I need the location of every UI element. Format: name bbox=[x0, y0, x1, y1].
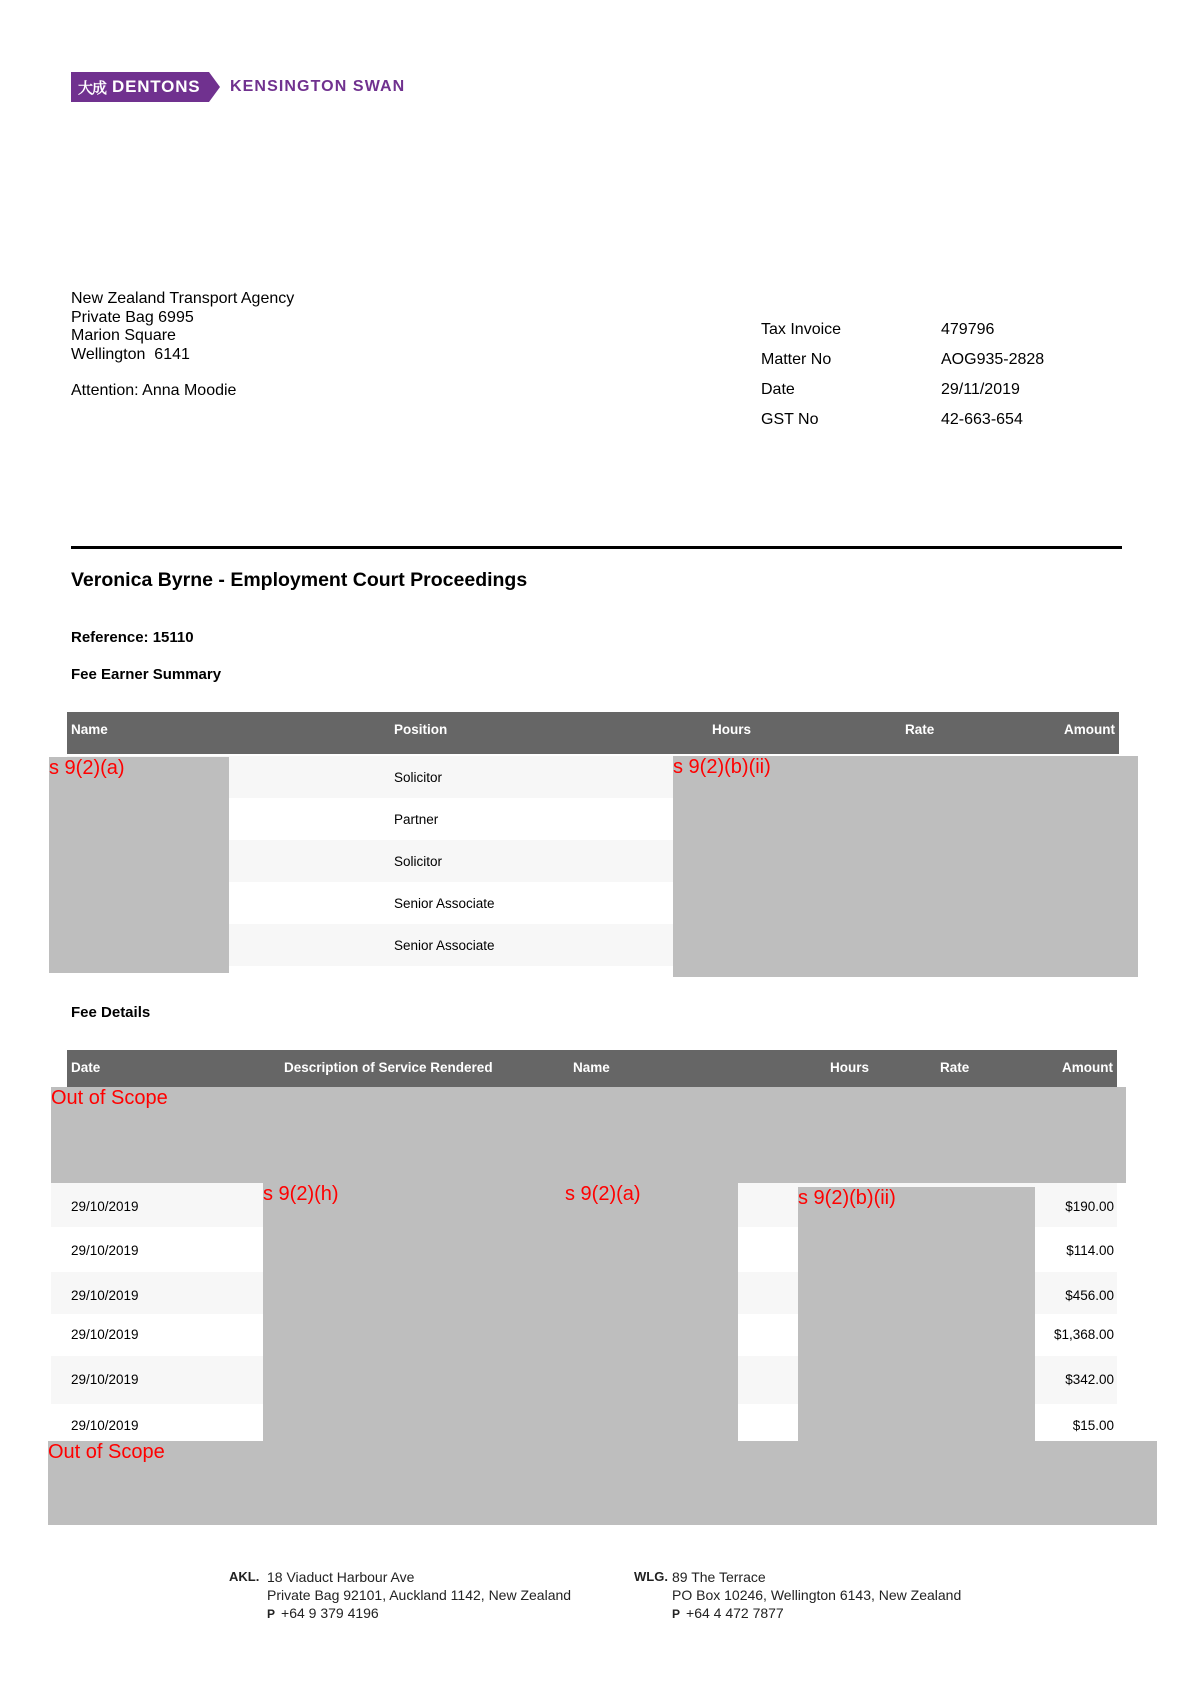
amount-cell: $15.00 bbox=[1073, 1418, 1114, 1433]
position-cell: Solicitor bbox=[394, 854, 442, 869]
address-line: 89 The Terrace bbox=[672, 1568, 961, 1586]
office-code: WLG. bbox=[634, 1568, 668, 1586]
address-line: PO Box 10246, Wellington 6143, New Zeala… bbox=[672, 1586, 961, 1604]
redaction-hours-rate: s 9(2)(b)(ii) bbox=[798, 1187, 1035, 1441]
date-cell: 29/10/2019 bbox=[71, 1327, 139, 1342]
addressee-line: New Zealand Transport Agency bbox=[71, 290, 294, 309]
column-header-rate: Rate bbox=[905, 722, 934, 737]
meta-value: 29/11/2019 bbox=[941, 381, 1020, 399]
redaction-figures: s 9(2)(b)(ii) bbox=[673, 756, 1138, 977]
column-header-rate: Rate bbox=[940, 1060, 969, 1075]
office-code: AKL. bbox=[229, 1568, 259, 1586]
column-header-hours: Hours bbox=[830, 1060, 869, 1075]
meta-value: 42-663-654 bbox=[941, 411, 1023, 429]
reference: Reference: 15110 bbox=[71, 629, 194, 646]
fee-details-heading: Fee Details bbox=[71, 1004, 150, 1021]
divider-rule bbox=[71, 546, 1122, 549]
phone-line: P+64 9 379 4196 bbox=[267, 1604, 571, 1623]
date-cell: 29/10/2019 bbox=[71, 1372, 139, 1387]
logo-chinese-mark: 大成 bbox=[78, 77, 106, 98]
addressee-line: Private Bag 6995 bbox=[71, 309, 294, 328]
office-address: 89 The Terrace PO Box 10246, Wellington … bbox=[672, 1568, 961, 1623]
redaction-description-and-name: s 9(2)(h) s 9(2)(a) bbox=[263, 1183, 738, 1441]
amount-cell: $342.00 bbox=[1065, 1372, 1114, 1387]
redaction-label: s 9(2)(b)(ii) bbox=[798, 1187, 896, 1209]
meta-value: AOG935-2828 bbox=[941, 351, 1044, 369]
amount-cell: $1,368.00 bbox=[1054, 1327, 1114, 1342]
fee-earner-table-header: Name Position Hours Rate Amount bbox=[67, 712, 1119, 754]
redaction-out-of-scope-top: Out of Scope bbox=[51, 1087, 1126, 1183]
date-cell: 29/10/2019 bbox=[71, 1199, 139, 1214]
position-cell: Solicitor bbox=[394, 770, 442, 785]
column-header-amount: Amount bbox=[1062, 1060, 1113, 1075]
column-header-date: Date bbox=[71, 1060, 100, 1075]
column-header-position: Position bbox=[394, 722, 447, 737]
logo-arrow-shape bbox=[209, 72, 220, 102]
date-cell: 29/10/2019 bbox=[71, 1243, 139, 1258]
phone-line: P+64 4 472 7877 bbox=[672, 1604, 961, 1623]
attention-line: Attention: Anna Moodie bbox=[71, 382, 236, 400]
meta-label: Matter No bbox=[761, 351, 831, 369]
phone-label: P bbox=[672, 1607, 680, 1621]
position-cell: Partner bbox=[394, 812, 438, 827]
column-header-name: Name bbox=[71, 722, 108, 737]
column-header-name: Name bbox=[573, 1060, 610, 1075]
address-line: 18 Viaduct Harbour Ave bbox=[267, 1568, 571, 1586]
phone-number: +64 4 472 7877 bbox=[686, 1605, 784, 1621]
redaction-label: s 9(2)(b)(ii) bbox=[673, 756, 771, 778]
phone-number: +64 9 379 4196 bbox=[281, 1605, 379, 1621]
redaction-label: Out of Scope bbox=[51, 1087, 168, 1109]
redaction-label: s 9(2)(a) bbox=[565, 1183, 641, 1205]
addressee-line: Marion Square bbox=[71, 327, 294, 346]
date-cell: 29/10/2019 bbox=[71, 1418, 139, 1433]
addressee-line: Wellington 6141 bbox=[71, 346, 294, 365]
column-header-hours: Hours bbox=[712, 722, 751, 737]
position-cell: Senior Associate bbox=[394, 938, 495, 953]
meta-label: GST No bbox=[761, 411, 819, 429]
phone-label: P bbox=[267, 1607, 275, 1621]
matter-title: Veronica Byrne - Employment Court Procee… bbox=[71, 569, 527, 592]
address-line: Private Bag 92101, Auckland 1142, New Ze… bbox=[267, 1586, 571, 1604]
fee-details-table-header: Date Description of Service Rendered Nam… bbox=[67, 1050, 1117, 1087]
addressee-block: New Zealand Transport Agency Private Bag… bbox=[71, 290, 294, 364]
fee-earner-summary-heading: Fee Earner Summary bbox=[71, 666, 221, 683]
amount-cell: $456.00 bbox=[1065, 1288, 1114, 1303]
meta-value: 479796 bbox=[941, 321, 994, 339]
amount-cell: $114.00 bbox=[1066, 1243, 1114, 1258]
redaction-names: s 9(2)(a) bbox=[49, 757, 229, 973]
logo-firm-name: KENSINGTON SWAN bbox=[230, 78, 405, 96]
redaction-label: s 9(2)(a) bbox=[49, 757, 125, 779]
column-header-description: Description of Service Rendered bbox=[284, 1060, 493, 1075]
redaction-out-of-scope-bottom: Out of Scope bbox=[48, 1441, 1157, 1525]
meta-label: Tax Invoice bbox=[761, 321, 841, 339]
redaction-label: Out of Scope bbox=[48, 1441, 165, 1463]
date-cell: 29/10/2019 bbox=[71, 1288, 139, 1303]
redaction-label: s 9(2)(h) bbox=[263, 1183, 339, 1205]
meta-label: Date bbox=[761, 381, 795, 399]
office-address: 18 Viaduct Harbour Ave Private Bag 92101… bbox=[267, 1568, 571, 1623]
logo-brand-name: DENTONS bbox=[112, 77, 200, 97]
column-header-amount: Amount bbox=[1064, 722, 1115, 737]
amount-cell: $190.00 bbox=[1065, 1199, 1114, 1214]
position-cell: Senior Associate bbox=[394, 896, 495, 911]
